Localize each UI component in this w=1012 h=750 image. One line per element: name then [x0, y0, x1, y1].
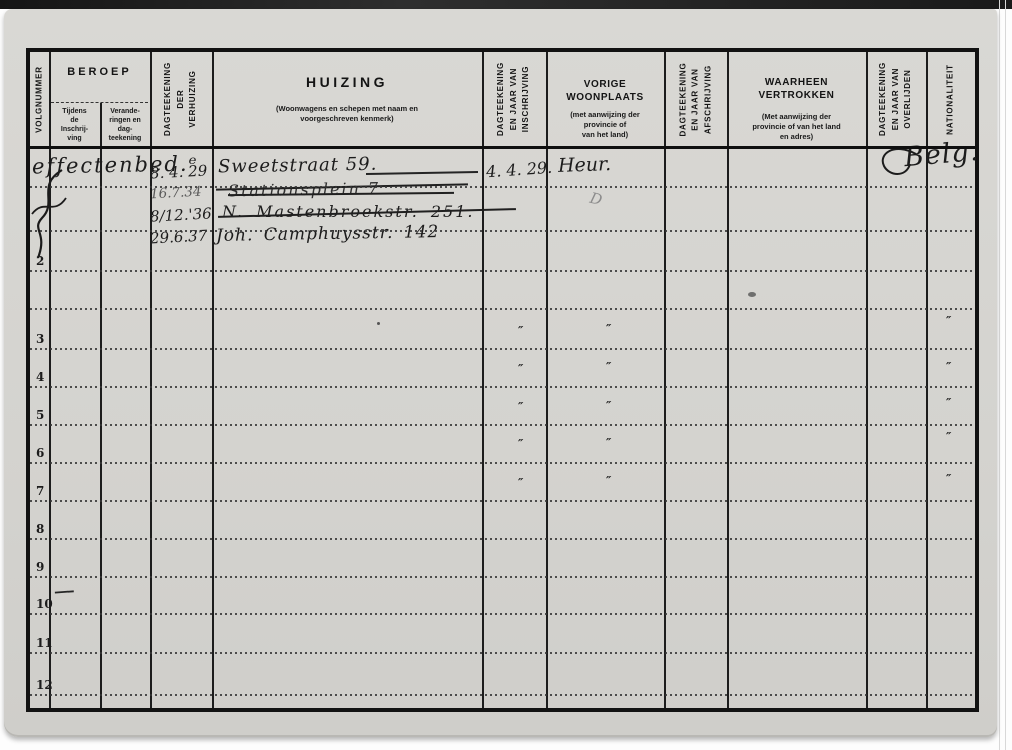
register-card: effectenbed.ᵉ 8. 4. 29 16.7.34 8/12.'36 …	[4, 9, 997, 737]
row-number: 12	[36, 678, 53, 692]
ink-dot	[377, 322, 380, 325]
row-number: 3	[36, 332, 44, 346]
header-vorige-woonplaats-sub: (met aanwijzing der provincie of van het…	[546, 110, 664, 139]
page-edge-line-2	[1005, 0, 1006, 750]
scan-top-bar	[0, 0, 1012, 9]
row-line	[30, 230, 975, 232]
ditto-mark: ″	[946, 314, 951, 328]
header-waarheen-vertrokken-sub: (Met aanwijzing der provincie of van het…	[727, 112, 866, 141]
pen-line	[366, 171, 478, 175]
header-volgnummer: VOLGNUMMER	[30, 52, 49, 146]
ditto-mark: ″	[518, 324, 523, 338]
header-dagteekening-afschrijving: DAGTEEKENING EN JAAR VAN AFSCHRIJVING	[664, 52, 727, 146]
row-line	[30, 308, 975, 310]
row-line	[30, 348, 975, 350]
ditto-mark: ″	[606, 360, 611, 374]
row-number: 2	[36, 254, 44, 268]
ditto-mark: ″	[518, 362, 523, 376]
ditto-mark: ″	[606, 474, 611, 488]
column-divider	[482, 52, 484, 708]
ditto-mark: ″	[946, 396, 951, 410]
page-edge-line	[999, 0, 1000, 750]
row-line	[30, 186, 975, 188]
column-divider	[150, 52, 152, 708]
header-beroep-sub1: Tijdens de Inschrij- ving	[49, 107, 100, 143]
row-number: 9	[36, 560, 44, 574]
row-line	[30, 424, 975, 426]
header-vorige-woonplaats: VORIGE WOONPLAATS	[546, 78, 664, 104]
header-waarheen-vertrokken: WAARHEEN VERTROKKEN	[727, 76, 866, 102]
ditto-mark: ″	[518, 437, 523, 451]
handwritten-address-1: Sweetstraat 59.	[218, 154, 378, 178]
ditto-mark: ″	[946, 472, 951, 486]
header-beroep-sub2: Verande- ringen en dag- teekening	[100, 107, 150, 143]
header-dagteekening-inschrijving: DAGTEEKENING EN JAAR VAN INSCHRIJVING	[482, 52, 546, 146]
row-number: 6	[36, 446, 44, 460]
column-divider	[664, 52, 666, 708]
row-line	[30, 613, 975, 615]
column-divider	[212, 52, 214, 708]
header-dagteekening-overlijden: DAGTEEKENING EN JAAR VAN OVERLIJDEN	[866, 52, 926, 146]
ditto-mark: ″	[518, 400, 523, 414]
row-number: 7	[36, 484, 44, 498]
row-number: 4	[36, 370, 44, 384]
ditto-mark: ″	[606, 436, 611, 450]
header-nationaliteit: NATIONALITEIT	[926, 52, 975, 146]
row-line	[30, 386, 975, 388]
handwritten-address-4: Joh. Camphuysstr. 142	[216, 222, 440, 246]
row-line	[30, 652, 975, 654]
register-table: effectenbed.ᵉ 8. 4. 29 16.7.34 8/12.'36 …	[26, 48, 979, 712]
column-divider	[546, 52, 548, 708]
row-line	[30, 462, 975, 464]
ink-smudge	[748, 292, 756, 297]
row-line	[30, 500, 975, 502]
column-divider	[926, 52, 928, 708]
handwritten-vorige-woonplaats: Heur.	[558, 153, 612, 177]
header-huizing-sub: (Woonwagens en schepen met naam en voorg…	[212, 104, 482, 124]
pencil-mark: D	[588, 189, 604, 209]
row-line	[30, 270, 975, 272]
ditto-mark: ″	[606, 322, 611, 336]
header-beroep: BEROEP	[49, 66, 150, 78]
row-number: 5	[36, 408, 44, 422]
ditto-mark: ″	[946, 360, 951, 374]
ditto-mark: ″	[606, 399, 611, 413]
header-bottom-rule	[30, 146, 975, 149]
column-divider	[866, 52, 868, 708]
handwritten-inschrijving-date: 4. 4. 29.	[485, 158, 552, 182]
header-dagteekening-verhuizing: DAGTEEKENING DER VERHUIZING	[150, 52, 212, 146]
column-divider	[727, 52, 729, 708]
row-line	[30, 576, 975, 578]
ditto-mark: ″	[518, 476, 523, 490]
beroep-subdivider	[100, 103, 102, 708]
handwritten-margin-dash: —–	[53, 581, 73, 600]
row-number: 11	[36, 636, 53, 650]
header-huizing: HUIZING	[212, 74, 482, 90]
row-number: 8	[36, 522, 44, 536]
handwritten-verhuizing-date-1: 8. 4. 29	[150, 162, 208, 183]
handwritten-verhuizing-date-3: 8/12.'36	[150, 204, 213, 225]
row-number: 10	[36, 597, 53, 611]
scanned-register-page: effectenbed.ᵉ 8. 4. 29 16.7.34 8/12.'36 …	[0, 0, 1012, 750]
row-line	[30, 538, 975, 540]
row-line	[30, 694, 975, 696]
ditto-mark: ″	[946, 430, 951, 444]
